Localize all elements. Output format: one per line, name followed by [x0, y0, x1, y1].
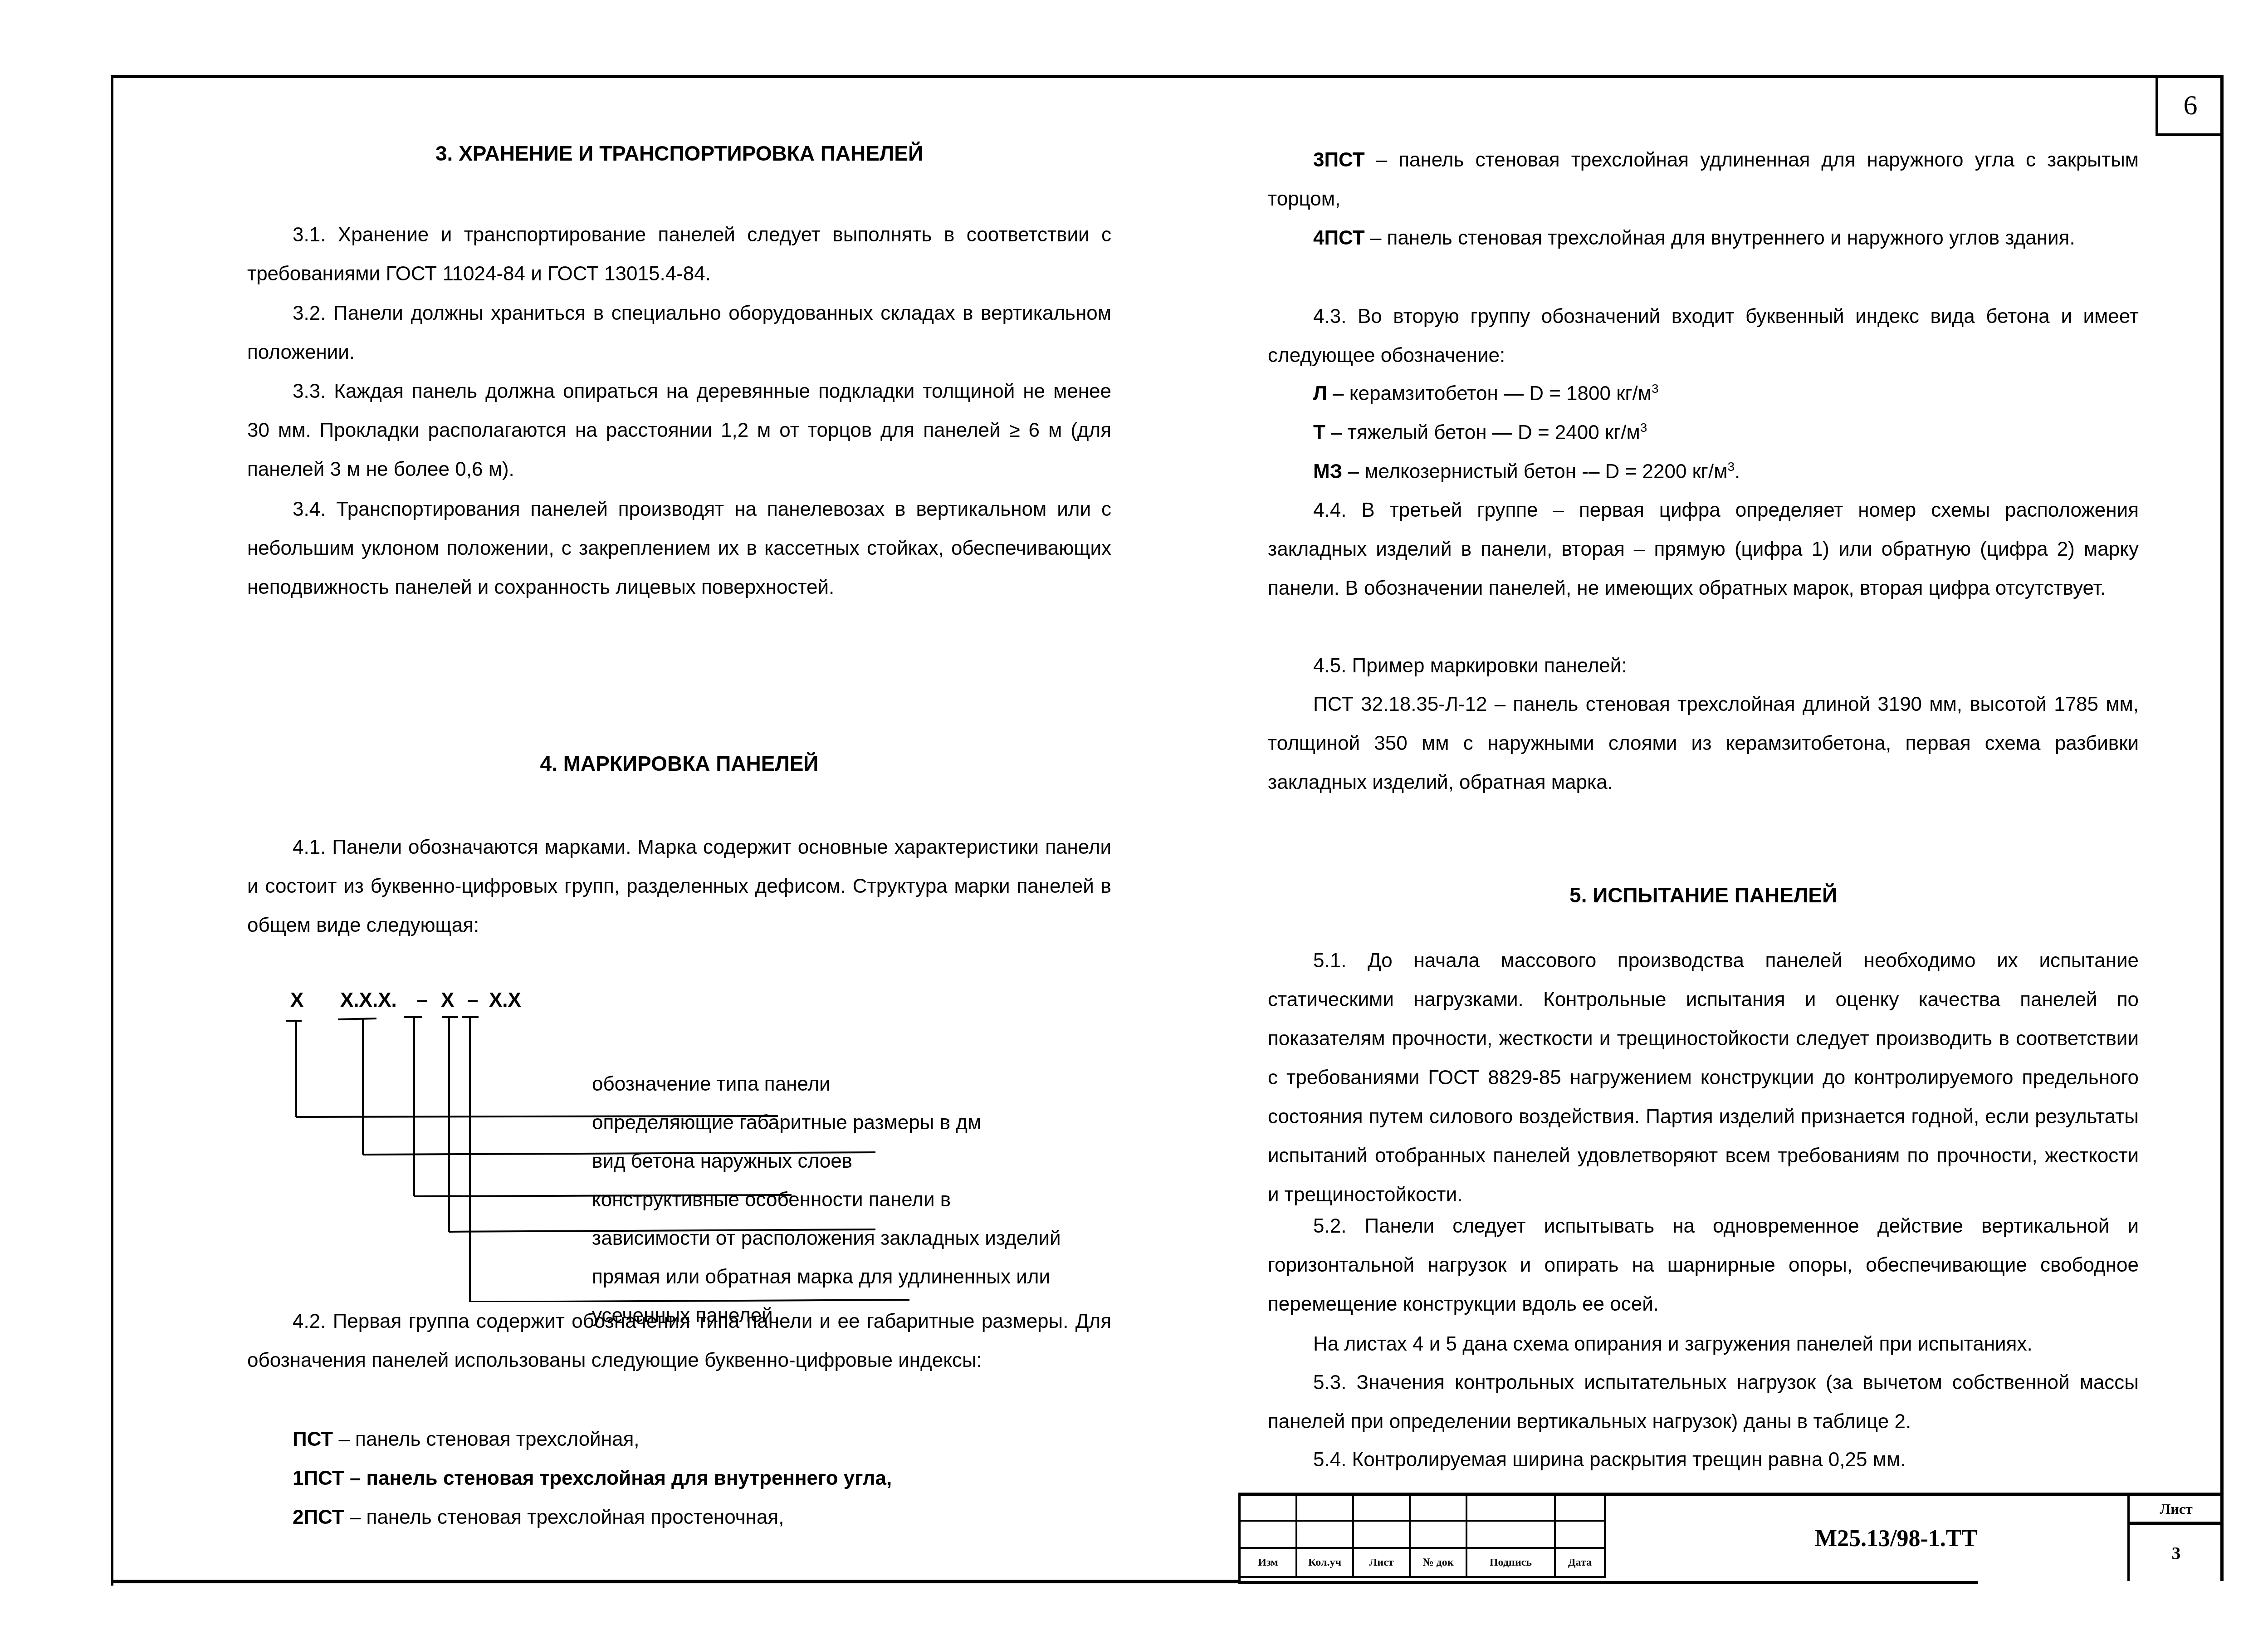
index-item-1pst: 1ПСТ – панель стеновая трехслойная для в…	[293, 1459, 1111, 1498]
frame-bottom-border	[111, 1580, 1241, 1583]
sheet-value: 3	[2130, 1525, 2223, 1581]
concrete-tail: .	[1735, 460, 1740, 483]
sheet-number-box: 6	[2156, 77, 2223, 136]
rev-header-change: Изм	[1241, 1549, 1297, 1578]
concrete-text: – керамзитобетон — D = 1800 кг/м	[1327, 382, 1652, 405]
para-5-2-note: На листах 4 и 5 дана схема опирания и за…	[1268, 1325, 2139, 1364]
scheme-label-concrete: вид бетона наружных слоев	[592, 1150, 852, 1173]
para-3-4: 3.4. Транспортирования панелей производя…	[247, 490, 1111, 607]
para-3-3: 3.3. Каждая панель должна опираться на д…	[247, 372, 1111, 489]
section-5: 5. ИСПЫТАНИЕ ПАНЕЛЕЙ	[1268, 876, 2139, 915]
index-list-1: ПСТ – панель стеновая трехслойная, 1ПСТ …	[247, 1420, 1111, 1537]
scheme-label-direction-1: прямая или обратная марка для удлиненных…	[592, 1266, 1050, 1288]
sheet-cell: Лист 3	[2127, 1496, 2223, 1581]
concrete-code: Т	[1313, 421, 1325, 444]
index-code: 3ПСТ	[1313, 149, 1365, 171]
section-4: 4. МАРКИРОВКА ПАНЕЛЕЙ	[247, 744, 1111, 783]
rev-header-signature: Подпись	[1467, 1549, 1556, 1578]
concrete-text: – тяжелый бетон — D = 2400 кг/м	[1325, 421, 1640, 444]
frame-top-border	[111, 75, 2223, 78]
rev-header-docno: № док	[1411, 1549, 1467, 1578]
rev-cell	[1241, 1522, 1297, 1549]
index-code: ПСТ	[293, 1428, 333, 1450]
marking-example: ПСТ 32.18.35-Л-12 – панель стеновая трех…	[1268, 685, 2139, 802]
section-3: 3. ХРАНЕНИЕ И ТРАНСПОРТИРОВКА ПАНЕЛЕЙ	[247, 134, 1111, 173]
section-3-title: 3. ХРАНЕНИЕ И ТРАНСПОРТИРОВКА ПАНЕЛЕЙ	[247, 134, 1111, 173]
rev-cell	[1411, 1496, 1467, 1522]
scheme-leader-lines	[272, 975, 1134, 1302]
marking-scheme-diagram: Х Х.Х.Х. – Х – Х.Х обозначение типа пане…	[272, 975, 1134, 1302]
index-code: 2ПСТ	[293, 1506, 344, 1528]
document-code: М25.13/98-1.ТТ	[1592, 1496, 2200, 1581]
rev-cell	[1467, 1496, 1556, 1522]
para-5-3: 5.3. Значения контрольных испытательных …	[1268, 1363, 2139, 1441]
rev-cell	[1467, 1522, 1556, 1549]
frame-right-border	[2220, 75, 2224, 1581]
scheme-label-type: обозначение типа панели	[592, 1073, 831, 1096]
para-5-1: 5.1. До начала массового производства па…	[1268, 941, 2139, 1214]
index-text: – панель стеновая трехслойная,	[333, 1428, 639, 1450]
para-3-1: 3.1. Хранение и транспортирование панеле…	[247, 215, 1111, 294]
para-3-2: 3.2. Панели должны храниться в специальн…	[247, 294, 1111, 372]
section-5-title: 5. ИСПЫТАНИЕ ПАНЕЛЕЙ	[1268, 876, 2139, 915]
concrete-code: МЗ	[1313, 460, 1342, 483]
index-code: 1ПСТ	[293, 1467, 344, 1489]
rev-cell	[1297, 1496, 1354, 1522]
rev-cell	[1297, 1522, 1354, 1549]
rev-header-sheet: Лист	[1354, 1549, 1411, 1578]
index-code: 4ПСТ	[1313, 227, 1365, 249]
para-4-5: 4.5. Пример маркировки панелей:	[1268, 646, 2139, 685]
para-5-4: 5.4. Контролируемая ширина раскрытия тре…	[1268, 1440, 2139, 1479]
title-block: Изм Кол.уч Лист № док Подпись Дата М25.1…	[1238, 1493, 2223, 1581]
concrete-item-t: Т – тяжелый бетон — D = 2400 кг/м3	[1313, 413, 2139, 452]
concrete-item-mz: МЗ – мелкозернистый бетон -– D = 2200 кг…	[1313, 452, 2139, 491]
sheet-number-top: 6	[2184, 89, 2198, 122]
scheme-label-features-2: зависимости от расположения закладных из…	[592, 1227, 1061, 1250]
para-4-2: 4.2. Первая группа содержит обозначения …	[247, 1302, 1111, 1380]
concrete-code: Л	[1313, 382, 1327, 405]
para-4-4: 4.4. В третьей группе – первая цифра опр…	[1268, 491, 2139, 608]
rev-header-count: Кол.уч	[1297, 1549, 1354, 1578]
concrete-text: – мелкозернистый бетон -– D = 2200 кг/м	[1342, 460, 1727, 483]
para-4-3: 4.3. Во вторую группу обозначений входит…	[1268, 297, 2139, 375]
section-4-title: 4. МАРКИРОВКА ПАНЕЛЕЙ	[247, 744, 1111, 783]
index-text: – панель стеновая трехслойная удлиненная…	[1268, 149, 2139, 210]
scheme-label-features-1: конструктивные особенности панели в	[592, 1189, 951, 1211]
index-text: – панель стеновая трехслойная простеночн…	[344, 1506, 784, 1528]
rev-cell	[1354, 1522, 1411, 1549]
concrete-list: Л – керамзитобетон — D = 1800 кг/м3 Т – …	[1268, 374, 2139, 491]
para-5-2: 5.2. Панели следует испытывать на одновр…	[1268, 1207, 2139, 1324]
title-block-bottom-line	[1238, 1581, 1978, 1584]
sheet-label: Лист	[2130, 1496, 2223, 1525]
index-item-4pst: 4ПСТ – панель стеновая трехслойная для в…	[1268, 219, 2139, 258]
index-item-3pst: 3ПСТ – панель стеновая трехслойная удлин…	[1268, 141, 2139, 219]
superscript: 3	[1727, 460, 1735, 474]
superscript: 3	[1640, 421, 1647, 435]
index-item-pst: ПСТ – панель стеновая трехслойная,	[293, 1420, 1111, 1459]
frame-left-border	[111, 75, 113, 1586]
index-text: – панель стеновая трехслойная для внутре…	[344, 1467, 892, 1489]
rev-cell	[1241, 1496, 1297, 1522]
revision-table: Изм Кол.уч Лист № док Подпись Дата	[1238, 1496, 1592, 1581]
rev-cell	[1354, 1496, 1411, 1522]
concrete-item-l: Л – керамзитобетон — D = 1800 кг/м3	[1313, 374, 2139, 413]
scheme-label-dimensions: определяющие габаритные размеры в дм	[592, 1111, 981, 1134]
superscript: 3	[1652, 382, 1659, 396]
index-text: – панель стеновая трехслойная для внутре…	[1365, 227, 2075, 249]
para-4-1: 4.1. Панели обозначаются марками. Марка …	[247, 828, 1111, 945]
index-item-2pst: 2ПСТ – панель стеновая трехслойная прост…	[293, 1498, 1111, 1537]
rev-cell	[1411, 1522, 1467, 1549]
